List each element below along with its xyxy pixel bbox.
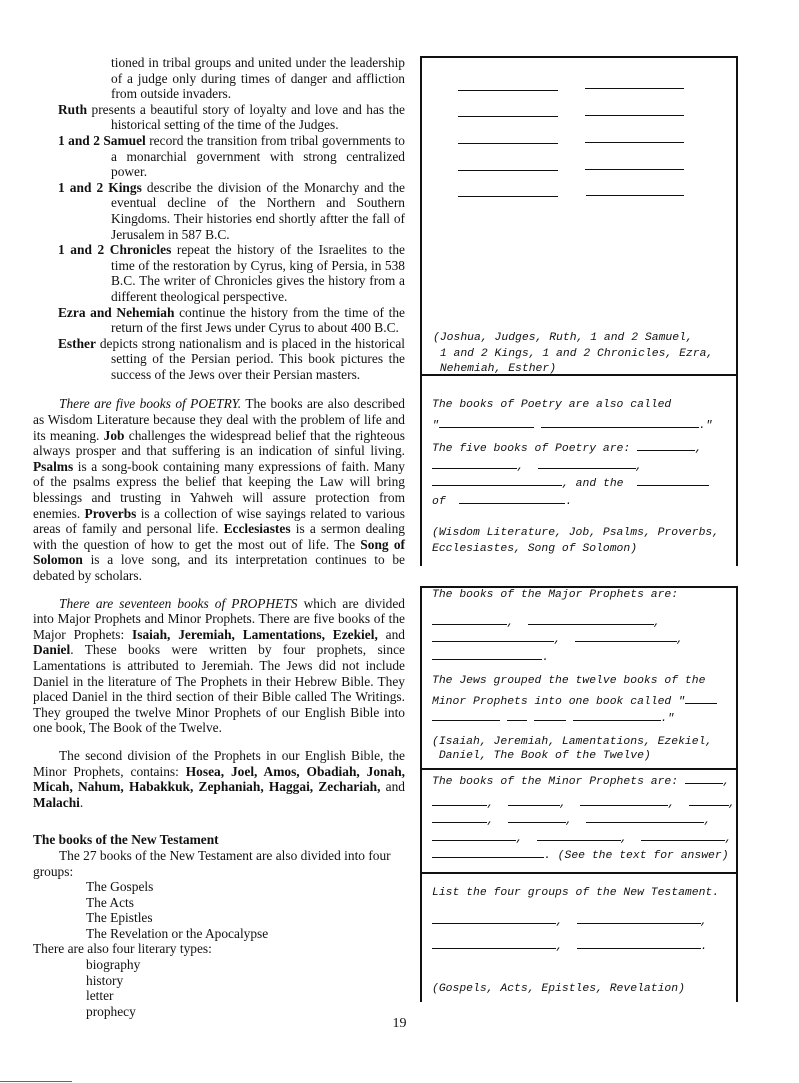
major-prophets-worksheet-box: The books of the Major Prophets are: , ,…: [420, 586, 738, 770]
poetry-question-1-blanks: " .": [432, 416, 728, 434]
comma: ,: [556, 941, 563, 953]
major-blanks-row: , ,: [432, 630, 728, 648]
comma: ,: [621, 833, 628, 845]
answer-blank[interactable]: [685, 772, 723, 784]
period: .: [701, 941, 708, 953]
history-answer-key: (Joshua, Judges, Ruth, 1 and 2 Samuel, 1…: [433, 331, 728, 378]
answer-blank[interactable]: [534, 709, 566, 721]
answer-blank[interactable]: [538, 457, 636, 469]
minor-prophets-worksheet-box: The books of the Minor Prophets are: , ,…: [420, 768, 738, 874]
answer-blank[interactable]: [508, 811, 566, 823]
history-entry-chronicles: 1 and 2 Chronicles repeat the history of…: [58, 242, 405, 304]
answer-blank[interactable]: [458, 170, 558, 171]
answer-line: Daniel, The Book of the Twelve): [432, 749, 728, 763]
answer-blank[interactable]: [508, 794, 560, 806]
text: . These books were written by four proph…: [33, 642, 405, 735]
answer-blank[interactable]: [458, 116, 558, 117]
book-name: 1 and 2 Chronicles: [58, 242, 171, 257]
period: .: [542, 652, 549, 664]
major-prophets-questions: The books of the Major Prophets are: , ,…: [432, 588, 728, 763]
answer-blank[interactable]: [507, 709, 527, 721]
answer-blank[interactable]: [432, 794, 487, 806]
major-blanks-row: .: [432, 648, 728, 666]
poetry-blanks-row: , and the: [432, 474, 728, 492]
book-name: Proverbs: [85, 506, 137, 521]
book-name: Ecclesiastes: [224, 521, 291, 536]
nt-groups-list: The Gospels The Acts The Epistles The Re…: [33, 879, 405, 941]
major-blanks-row: , ,: [432, 613, 728, 631]
comma: ,: [516, 833, 523, 845]
answer-blank[interactable]: [585, 115, 684, 116]
answer-blank[interactable]: [432, 474, 562, 486]
history-entry-ezra-nehemiah: Ezra and Nehemiah continue the history f…: [58, 305, 405, 336]
answer-blank[interactable]: [458, 143, 558, 144]
answer-blank[interactable]: [432, 937, 556, 949]
answer-blank[interactable]: [432, 912, 556, 924]
literary-types-intro: There are also four literary types:: [33, 941, 405, 957]
minor-prophets-paragraph: The second division of the Prophets in o…: [33, 748, 405, 810]
history-entry-kings: 1 and 2 Kings describe the division of t…: [58, 180, 405, 242]
comma: ,: [560, 798, 567, 810]
answer-blank[interactable]: [573, 709, 661, 721]
comma: ,: [729, 798, 736, 810]
comma: ,: [725, 833, 732, 845]
question-text: Minor Prophets into one book called ": [432, 696, 685, 708]
answer-blank[interactable]: [432, 648, 542, 660]
book-names: Isaiah, Jeremiah, Lamentations, Ezekiel,: [132, 627, 378, 642]
nt-group-item: The Acts: [86, 895, 405, 911]
comma: ,: [654, 617, 661, 629]
poetry-questions: The books of Poetry are also called " ."…: [432, 398, 728, 509]
new-testament-heading: The books of the New Testament: [33, 832, 405, 848]
question-text: The five books of Poetry are:: [432, 443, 630, 455]
minor-final-row: . (See the text for answer): [432, 846, 728, 864]
nt-questions: List the four groups of the New Testamen…: [432, 886, 728, 955]
answer-blank[interactable]: [637, 439, 695, 451]
entry-text: record the transition from tribal govern…: [111, 133, 405, 179]
answer-blank[interactable]: [577, 937, 701, 949]
book-name: Job: [104, 428, 125, 443]
nt-group-item: The Epistles: [86, 910, 405, 926]
comma: ,: [554, 634, 561, 646]
see-text-note: . (See the text for answer): [544, 850, 729, 862]
page-number: 19: [0, 1016, 799, 1032]
new-testament-worksheet-box: List the four groups of the New Testamen…: [420, 872, 738, 1002]
book-name: 1 and 2 Samuel: [58, 133, 146, 148]
footer-rule: [0, 1081, 72, 1082]
close-quote: .": [699, 420, 713, 432]
answer-blank[interactable]: [541, 416, 699, 428]
answer-blank[interactable]: [586, 811, 704, 823]
book-name: Ezra and Nehemiah: [58, 305, 174, 320]
poetry-answer-key: (Wisdom Literature, Job, Psalms, Proverb…: [432, 526, 728, 557]
answer-blank[interactable]: [432, 829, 516, 841]
literary-type-item: letter: [86, 988, 405, 1004]
answer-blank[interactable]: [637, 474, 709, 486]
minor-prophets-questions: The books of the Minor Prophets are: , ,…: [432, 772, 728, 864]
twelve-question-line-1: The Jews grouped the twelve books of the: [432, 674, 728, 692]
answer-blank[interactable]: [586, 195, 684, 196]
comma: ,: [668, 798, 675, 810]
open-quote: ": [432, 420, 439, 432]
entry-text: depicts strong nationalism and is placed…: [96, 336, 405, 382]
comma: ,: [507, 617, 514, 629]
book-name: 1 and 2 Kings: [58, 180, 142, 195]
answer-blank[interactable]: [432, 709, 500, 721]
text: .: [80, 795, 83, 810]
text: and: [380, 779, 405, 794]
new-testament-intro: The 27 books of the New Testament are al…: [33, 848, 405, 879]
and-the-text: , and the: [562, 478, 624, 490]
text: is a love song, and its interpretation c…: [33, 552, 405, 583]
comma: ,: [487, 798, 494, 810]
text: and: [378, 627, 405, 642]
comma: ,: [695, 443, 702, 455]
answer-line: (Wisdom Literature, Job, Psalms, Proverb…: [432, 526, 728, 542]
poetry-blanks-row: , ,: [432, 457, 728, 475]
answer-blank[interactable]: [577, 912, 701, 924]
answer-blank[interactable]: [685, 692, 717, 704]
answer-line: (Isaiah, Jeremiah, Lamentations, Ezekiel…: [432, 735, 728, 749]
answer-blank[interactable]: [528, 613, 654, 625]
comma: ,: [556, 916, 563, 928]
answer-blank[interactable]: [575, 630, 677, 642]
history-entry-ruth: Ruth presents a beautiful story of loyal…: [58, 102, 405, 133]
answer-blank[interactable]: [432, 846, 544, 858]
nt-blanks-row: , .: [432, 937, 728, 955]
answer-line: (Joshua, Judges, Ruth, 1 and 2 Samuel,: [433, 331, 728, 347]
entry-text: presents a beautiful story of loyalty an…: [87, 102, 405, 133]
comma: ,: [566, 815, 573, 827]
answer-blank[interactable]: [439, 416, 534, 428]
minor-blanks-row: , , ,: [432, 829, 728, 847]
book-name: Malachi: [33, 795, 80, 810]
answer-blank[interactable]: [585, 88, 684, 89]
entry-text: tioned in tribal groups and united under…: [111, 55, 405, 101]
poetry-question-2: The five books of Poetry are: ,: [432, 439, 728, 457]
comma: ,: [701, 916, 708, 928]
answer-blank[interactable]: [585, 142, 684, 143]
poetry-worksheet-box: The books of Poetry are also called " ."…: [420, 374, 738, 566]
answer-blank[interactable]: [641, 829, 725, 841]
poetry-paragraph: There are five books of POETRY. The book…: [33, 396, 405, 583]
comma: ,: [517, 461, 524, 473]
history-entry-judges-continued: tioned in tribal groups and united under…: [58, 55, 405, 102]
close-quote: .": [661, 713, 675, 725]
answer-blank[interactable]: [458, 90, 558, 91]
minor-blanks-row: , , , ,: [432, 794, 728, 812]
entry-text: describe the division of the Monarchy an…: [111, 180, 405, 242]
book-name: Daniel: [33, 642, 70, 657]
answer-blank[interactable]: [432, 613, 507, 625]
history-worksheet-box: (Joshua, Judges, Ruth, 1 and 2 Samuel, 1…: [420, 56, 738, 376]
book-name: Esther: [58, 336, 96, 351]
literary-types-list: biography history letter prophecy: [33, 957, 405, 1019]
book-name: Ruth: [58, 102, 87, 117]
answer-line: 1 and 2 Kings, 1 and 2 Chronicles, Ezra,: [433, 347, 728, 363]
major-prophets-question: The books of the Major Prophets are:: [432, 588, 728, 606]
history-entry-samuel: 1 and 2 Samuel record the transition fro…: [58, 133, 405, 180]
prophets-paragraph: There are seventeen books of PROPHETS wh…: [33, 596, 405, 736]
nt-question: List the four groups of the New Testamen…: [432, 886, 728, 904]
comma: ,: [704, 815, 711, 827]
answer-blank[interactable]: [432, 630, 554, 642]
prophets-intro: There are seventeen books of PROPHETS: [59, 596, 297, 611]
comma: ,: [636, 461, 643, 473]
answer-blank[interactable]: [432, 457, 517, 469]
period: .: [565, 496, 572, 508]
answer-blank[interactable]: [585, 169, 684, 170]
nt-answer-key: (Gospels, Acts, Epistles, Revelation): [432, 982, 728, 998]
minor-blanks-row: , , ,: [432, 811, 728, 829]
answer-line: Ecclesiastes, Song of Solomon): [432, 542, 728, 558]
answer-blank[interactable]: [459, 492, 565, 504]
answer-blank[interactable]: [689, 794, 729, 806]
body-text-column: tioned in tribal groups and united under…: [33, 55, 405, 1019]
poetry-blanks-row: of .: [432, 492, 728, 510]
nt-group-item: The Revelation or the Apocalypse: [86, 926, 405, 942]
poetry-question-1: The books of Poetry are also called: [432, 398, 728, 416]
answer-blank[interactable]: [580, 794, 668, 806]
comma: ,: [487, 815, 494, 827]
comma: ,: [723, 776, 730, 788]
book-name: Psalms: [33, 459, 73, 474]
answer-blank[interactable]: [432, 811, 487, 823]
answer-blank[interactable]: [458, 196, 558, 197]
twelve-question-line-2: Minor Prophets into one book called ": [432, 692, 728, 710]
history-entry-esther: Esther depicts strong nationalism and is…: [58, 336, 405, 383]
question-text: The books of the Minor Prophets are:: [432, 776, 678, 788]
literary-type-item: history: [86, 973, 405, 989]
answer-blank[interactable]: [537, 829, 621, 841]
comma: ,: [677, 634, 684, 646]
literary-type-item: biography: [86, 957, 405, 973]
nt-blanks-row: , ,: [432, 912, 728, 930]
twelve-blanks-row: .": [432, 709, 728, 727]
poetry-intro: There are five books of POETRY.: [59, 396, 241, 411]
major-prophets-answer-key: (Isaiah, Jeremiah, Lamentations, Ezekiel…: [432, 735, 728, 763]
of-text: of: [432, 496, 446, 508]
nt-group-item: The Gospels: [86, 879, 405, 895]
minor-prophets-question: The books of the Minor Prophets are: ,: [432, 772, 728, 790]
